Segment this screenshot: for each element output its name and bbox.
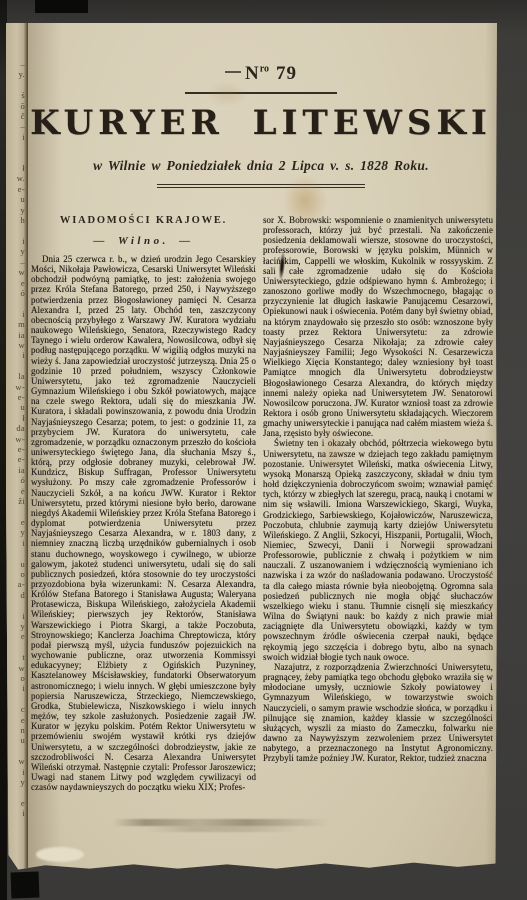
bleedthrough-smudge	[146, 826, 301, 832]
scan-black-mark-top	[35, 0, 88, 13]
column-right-text: sor X. Bobrowski: wspomnienie o znamieni…	[263, 215, 493, 763]
torn-paper-notch	[36, 847, 84, 862]
newspaper-page: – y. ś ō č – i ł w. e- u y h i y – w e ó…	[6, 23, 497, 872]
section-heading: WIADOMOŚCI KRAJOWE.	[31, 215, 256, 226]
masthead: Nro79 KURYER LITEWSKI w Wilnie w Poniedz…	[30, 63, 492, 188]
paragraph: Nazajutrz, z rozporządzenia Zwierzchnośc…	[263, 662, 493, 764]
newspaper-title: KURYER LITEWSKI	[30, 103, 492, 143]
column-left: WIADOMOŚCI KRAJOWE. — Wilno. — Dnia 25 c…	[31, 215, 256, 792]
paragraph: Dnia 25 czerwca r. b., w dzień urodzin J…	[31, 254, 256, 792]
dateline: w Wilnie w Poniedziałek dnia 2 Lipca v. …	[30, 158, 492, 174]
ink-scratch-mark	[225, 71, 241, 73]
scan-edge-black-strip	[0, 0, 7, 900]
cut-off-text-fragments: – y. ś ō č – i ł w. e- u y h i y – w e ó…	[10, 59, 25, 862]
photo-background: – y. ś ō č – i ł w. e- u y h i y – w e ó…	[0, 0, 527, 900]
issue-prefix: N	[245, 63, 260, 84]
masthead-rule-top	[185, 92, 337, 94]
adjacent-page-edge: – y. ś ō č – i ł w. e- u y h i y – w e ó…	[6, 23, 28, 872]
masthead-rule-bottom	[157, 184, 365, 188]
issue-number: Nro79	[30, 63, 492, 85]
issue-superscript: ro	[260, 64, 269, 75]
page-content: Nro79 KURYER LITEWSKI w Wilnie w Poniedz…	[28, 23, 497, 872]
paragraph: Świetny ten i okazały obchód, półtrzecia…	[263, 438, 493, 661]
scan-black-mark-bottom	[11, 872, 40, 899]
issue-digits: 79	[276, 63, 297, 84]
column-right: sor X. Bobrowski: wspomnienie o znamieni…	[263, 215, 493, 763]
article-columns: WIADOMOŚCI KRAJOWE. — Wilno. — Dnia 25 c…	[31, 215, 493, 792]
paragraph: sor X. Bobrowski: wspomnienie o znamieni…	[263, 215, 493, 438]
column-left-text: Dnia 25 czerwca r. b., w dzień urodzin J…	[31, 254, 256, 792]
section-subheading: — Wilno. —	[31, 235, 256, 247]
bleedthrough-smudge	[113, 819, 328, 826]
